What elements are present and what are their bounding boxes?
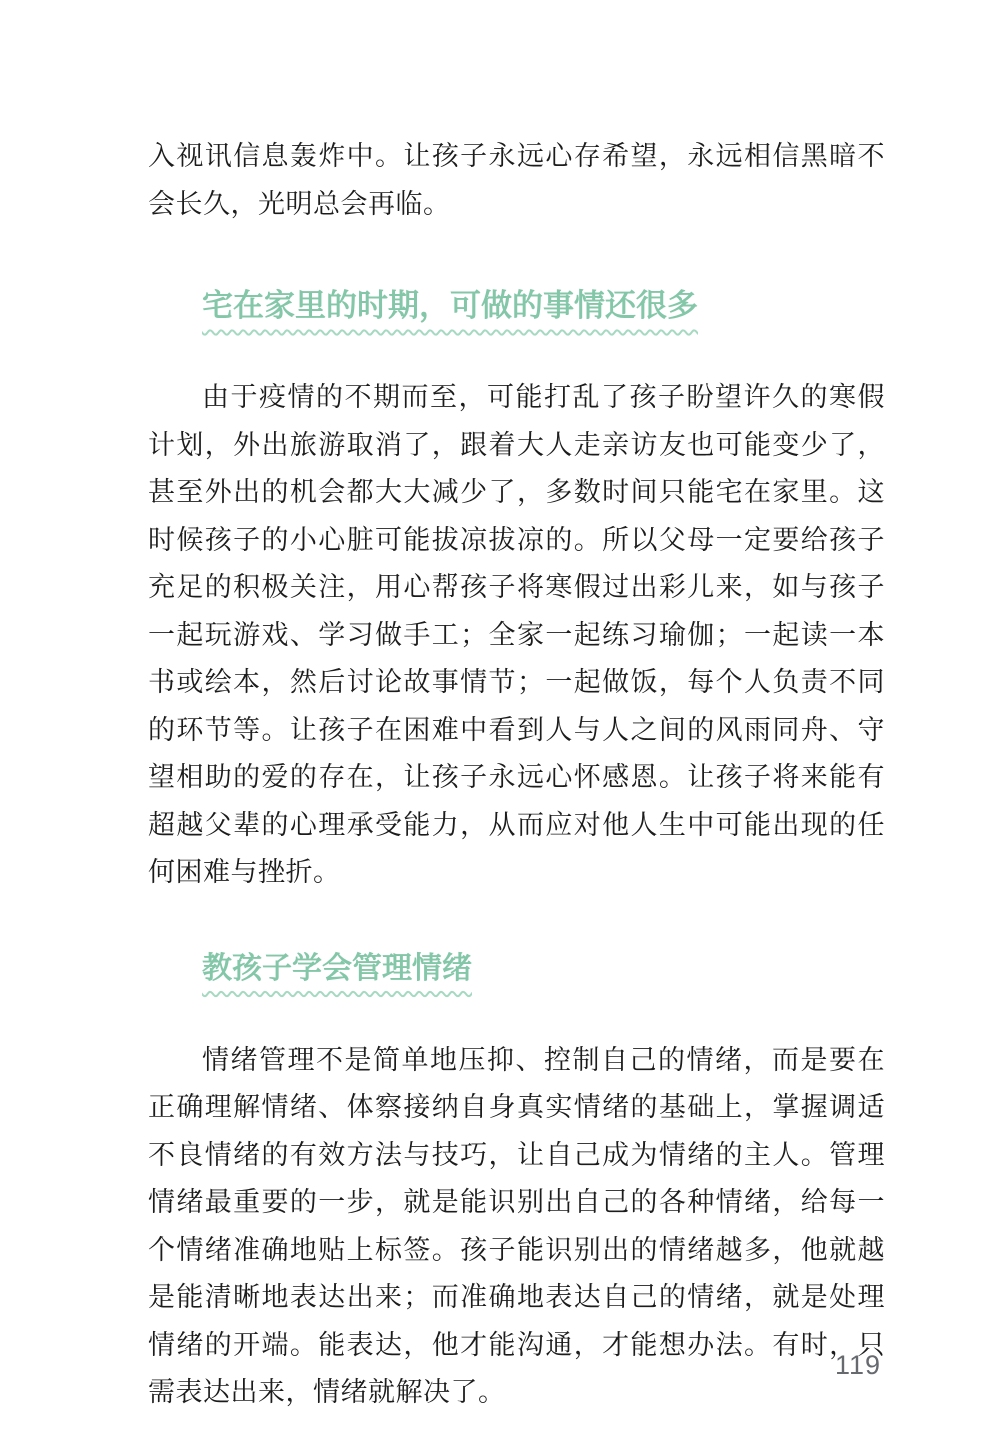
section-heading-stay-at-home-text: 宅在家里的时期，可做的事情还很多 <box>202 288 698 323</box>
page-content: 入视讯信息轰炸中。让孩子永远心存希望，永远相信黑暗不会长久，光明总会再临。 宅在… <box>148 133 885 1417</box>
paragraph-continuation: 入视讯信息轰炸中。让孩子永远心存希望，永远相信黑暗不会长久，光明总会再临。 <box>148 133 885 228</box>
paragraph-manage-emotions: 情绪管理不是简单地压抑、控制自己的情绪，而是要在正确理解情绪、体察接纳自身真实情… <box>148 1037 885 1417</box>
book-page: 入视讯信息轰炸中。让孩子永远心存希望，永远相信黑暗不会长久，光明总会再临。 宅在… <box>0 0 1000 1450</box>
paragraph-stay-at-home: 由于疫情的不期而至，可能打乱了孩子盼望许久的寒假计划，外出旅游取消了，跟着大人走… <box>148 374 885 897</box>
page-number: 119 <box>835 1350 881 1381</box>
section-heading-manage-emotions: 教孩子学会管理情绪 <box>148 947 885 991</box>
section-heading-manage-emotions-text: 教孩子学会管理情绪 <box>202 952 472 985</box>
section-heading-stay-at-home: 宅在家里的时期，可做的事情还很多 <box>148 284 885 328</box>
